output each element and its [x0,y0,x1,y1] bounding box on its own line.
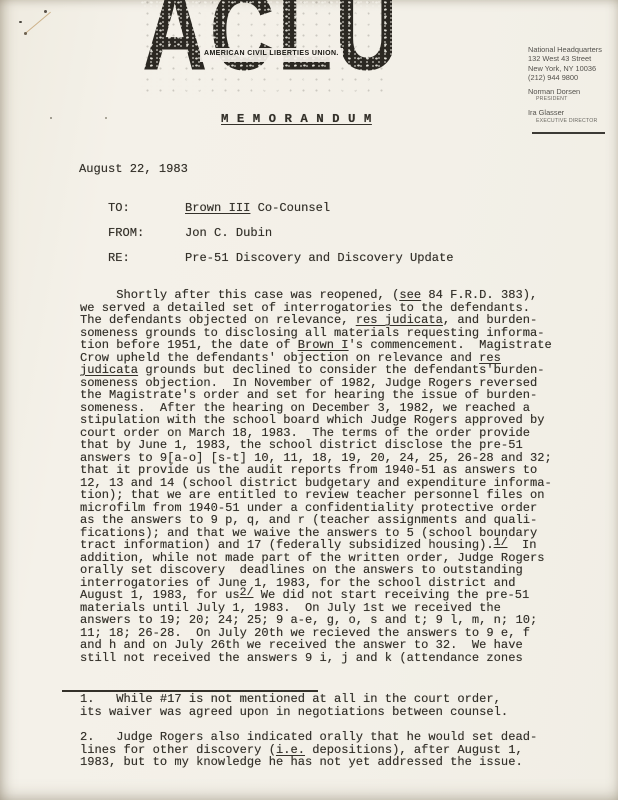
letterhead-officer: Norman Dorsen PRESIDENT [528,87,614,103]
scan-speck [24,32,27,35]
officer-name: Ira Glasser [528,108,614,117]
letterhead-divider [532,132,605,134]
footnote-1: 1. While #17 is not mentioned at all in … [80,693,508,718]
scan-speck [19,21,22,23]
officer-name: Norman Dorsen [528,87,614,96]
scan-scratch-mark [25,12,51,34]
memo-body-text: Shortly after this case was reopened, (s… [80,289,552,664]
aclu-logo-subtitle: AMERICAN CIVIL LIBERTIES UNION. [200,48,343,62]
memo-date: August 22, 1983 [79,162,188,176]
footnote-2: 2. Judge Rogers also indicated orally th… [80,731,537,769]
letterhead-block: National Headquarters 132 West 43 Street… [528,45,614,125]
scan-speck [105,117,107,119]
letterhead-officer: Ira Glasser EXECUTIVE DIRECTOR [528,108,614,124]
scan-speck [44,10,47,13]
memo-field-re: RE:Pre-51 Discovery and Discovery Update [79,237,454,279]
field-label-re: RE: [108,251,185,265]
officer-title: EXECUTIVE DIRECTOR [536,118,614,125]
memo-page: ACLU AMERICAN CIVIL LIBERTIES UNION. Nat… [0,0,618,800]
memo-title: M E M O R A N D U M [221,112,372,126]
field-value-re: Pre-51 Discovery and Discovery Update [185,251,454,265]
scan-speck [50,117,52,119]
aclu-logo: ACLU AMERICAN CIVIL LIBERTIES UNION. [140,0,392,98]
letterhead-address: National Headquarters 132 West 43 Street… [528,45,614,82]
officer-title: PRESIDENT [536,96,614,103]
